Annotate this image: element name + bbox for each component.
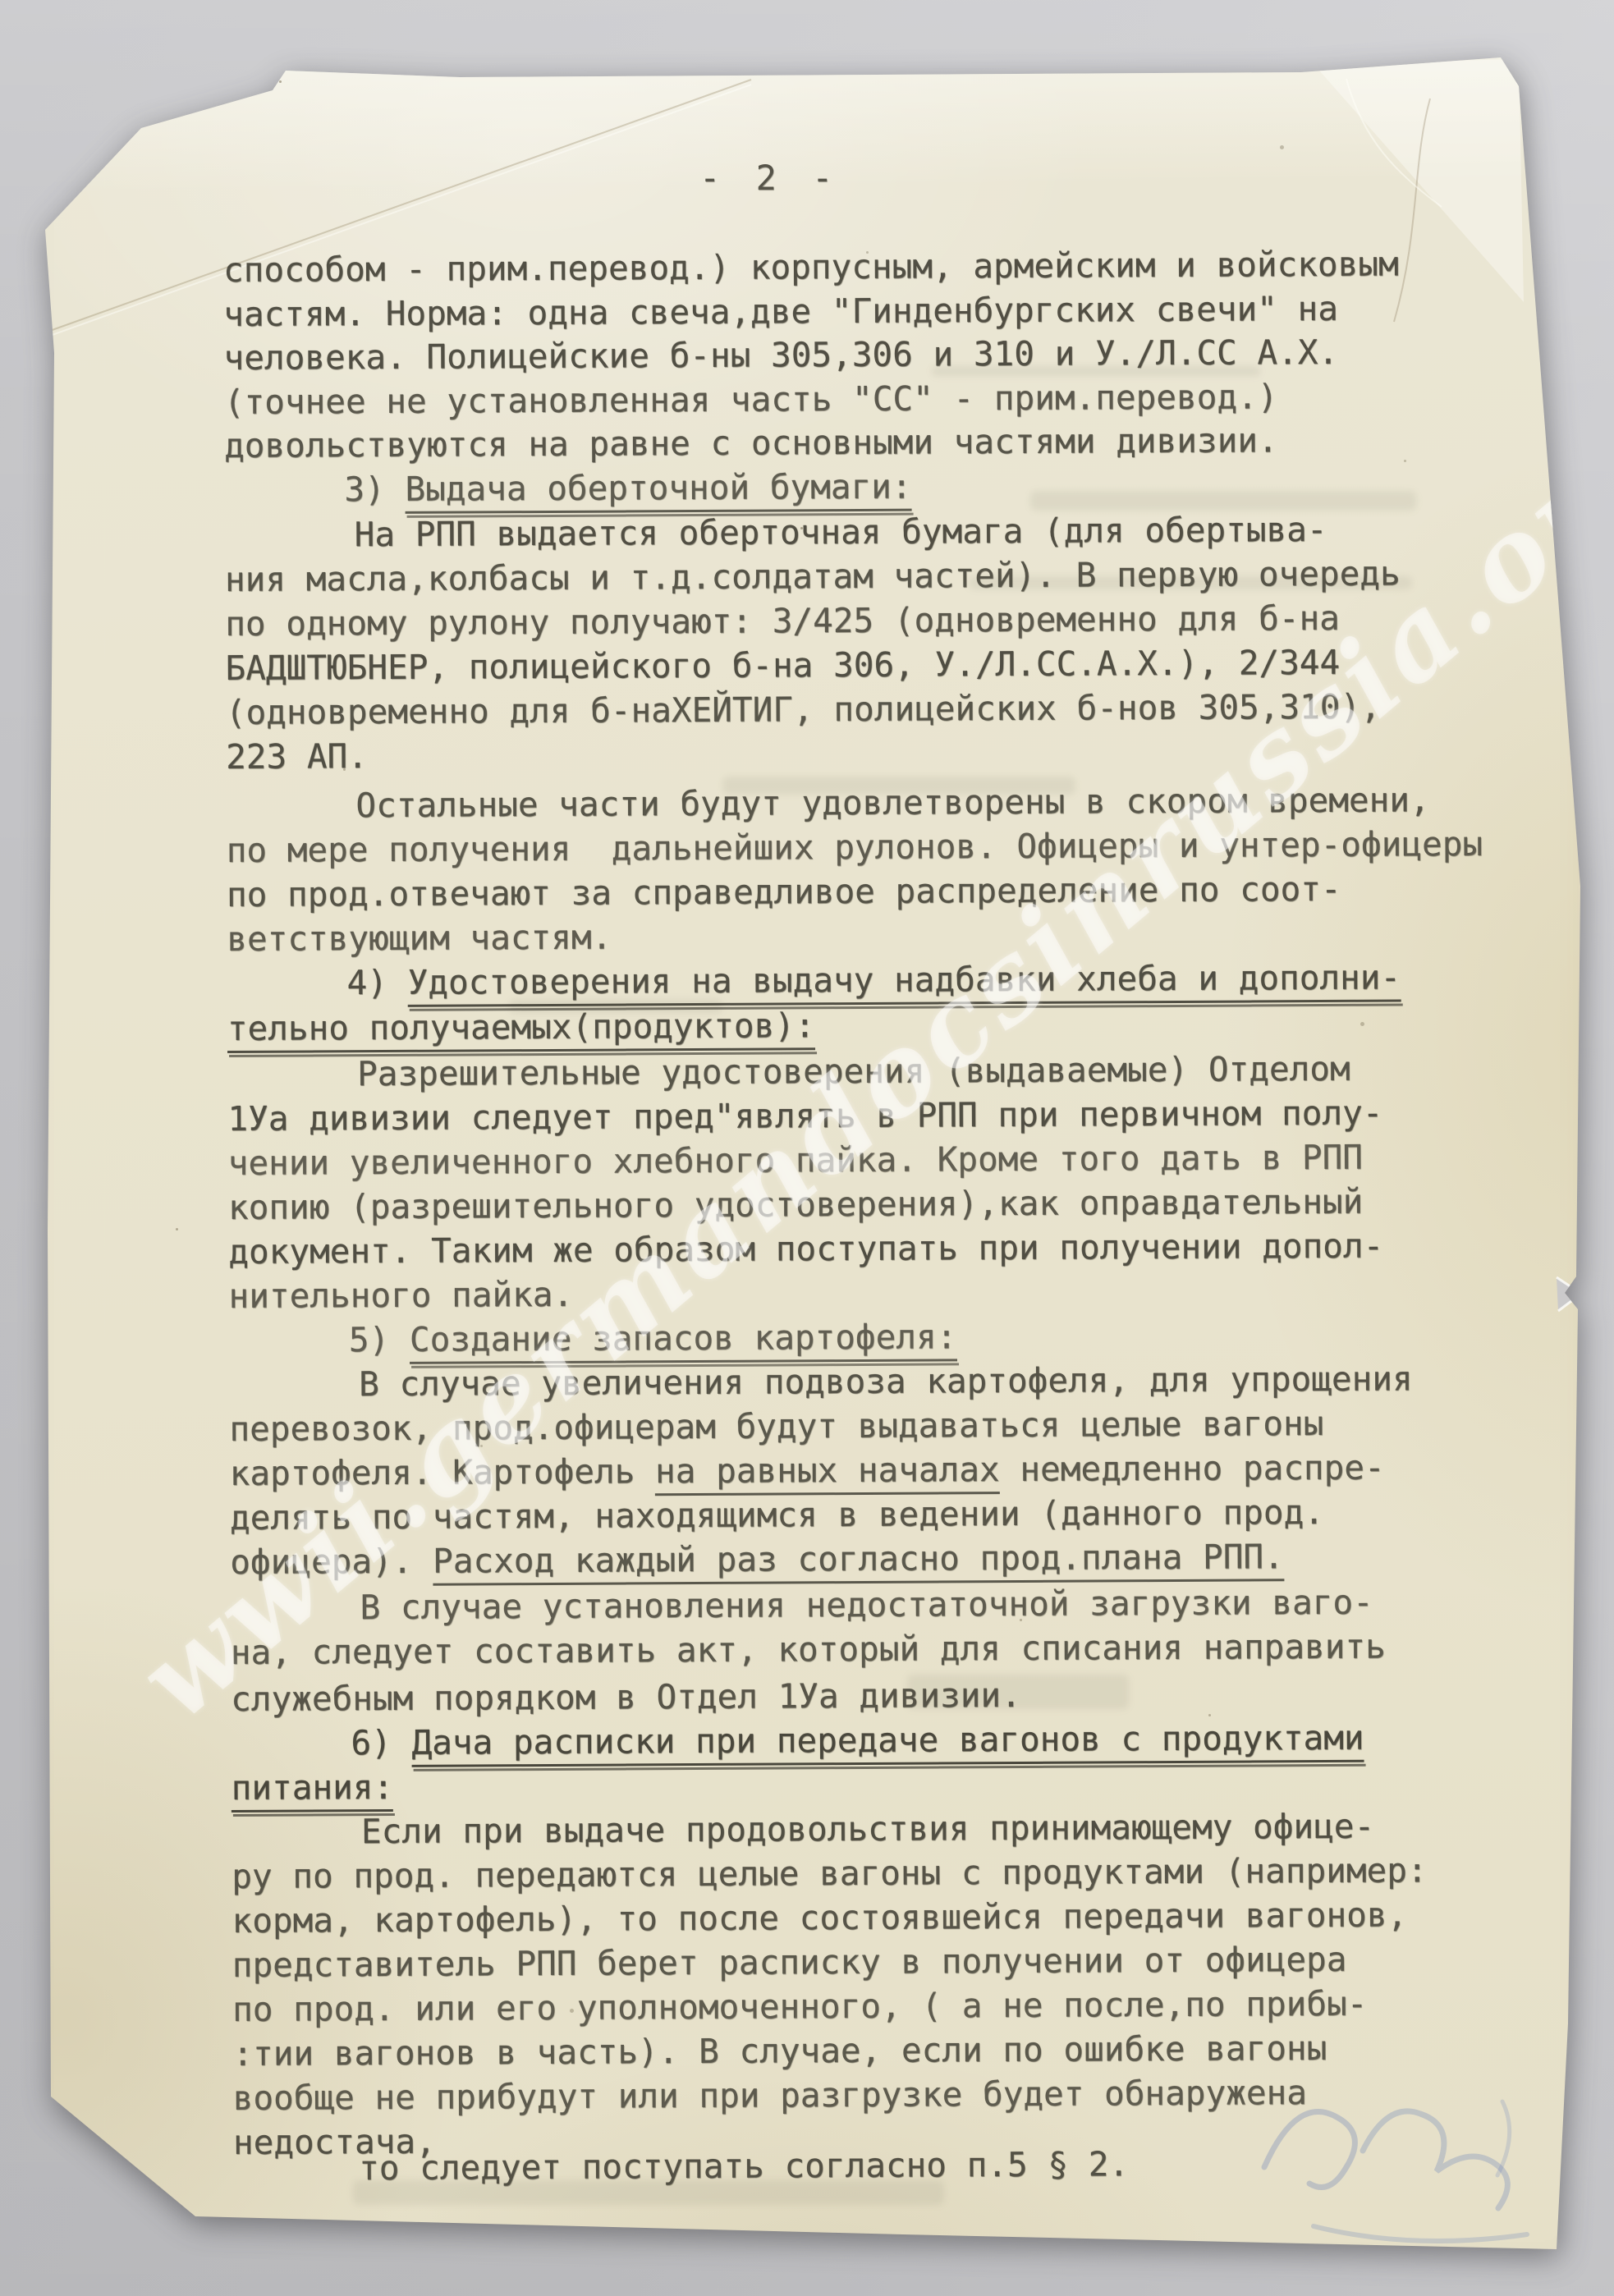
text-segment: 4) — [346, 963, 407, 1002]
underlined-text: питания: — [232, 1767, 394, 1813]
text-segment: 6) — [351, 1723, 411, 1762]
text-line: 223 АП. — [226, 740, 368, 774]
text-segment: человека. Полицейские б-ны 305,306 и 310… — [223, 332, 1338, 378]
text-segment: довольствуются на равне с основными част… — [224, 420, 1278, 465]
scanned-document-page: { "page": { "number_label": "- 2 -" }, "… — [0, 0, 1614, 2296]
text-segment: по одному рулону получают: 3/425 (одновр… — [225, 598, 1340, 644]
text-segment: Если при выдаче продовольствия принимающ… — [361, 1807, 1374, 1851]
text-line: тельно получаемых(продуктов): — [227, 1009, 815, 1046]
text-segment: БАДШТЮБНЕР, полицейского б-на 306, У./Л.… — [225, 643, 1340, 688]
underlined-text: Выдача оберточной бумаги: — [405, 467, 911, 514]
text-segment: то следует поступать согласно п.5 § 2. — [359, 2144, 1129, 2188]
text-line: ветствующим частям. — [227, 921, 612, 956]
text-segment: В случае установления недостаточной загр… — [360, 1583, 1373, 1627]
text-segment: 3) — [344, 470, 405, 509]
text-line: по мере получения дальнейших рулонов. Оф… — [227, 827, 1483, 868]
text-line: БАДШТЮБНЕР, полицейского б-на 306, У./Л.… — [225, 646, 1340, 685]
text-segment: ния масла,колбасы и т.д.солдатам частей)… — [225, 554, 1401, 599]
underlined-text: Расход каждый раз согласно прод.плана РП… — [433, 1537, 1284, 1585]
text-segment: (одновременно для б-наХЕЙТИГ, полицейски… — [226, 687, 1381, 732]
underlined-text: тельно получаемых(продуктов): — [227, 1006, 815, 1053]
text-line: по прод. или его уполномоченного, ( а не… — [232, 1987, 1368, 2027]
text-line: вообще не прибудут или при разгрузке буд… — [233, 2076, 1307, 2115]
text-line: способом - прим.перевод.) корпусным, арм… — [223, 248, 1399, 287]
text-segment: по мере получения дальнейших рулонов. Оф… — [227, 824, 1483, 870]
document-paper: - 2 - способом - прим.перевод.) корпусны… — [0, 0, 1614, 2296]
text-segment: (точнее не установленная часть "СС" - пр… — [224, 377, 1278, 422]
text-line: довольствуются на равне с основными част… — [224, 424, 1278, 463]
text-segment: вообще не прибудут или при разгрузке буд… — [233, 2073, 1307, 2118]
text-segment: по прод. или его уполномоченного, ( а не… — [232, 1984, 1368, 2029]
text-segment: :тии вагонов в часть). В случае, если по… — [232, 2028, 1327, 2074]
text-segment: способом - прим.перевод.) корпусным, арм… — [223, 245, 1399, 290]
text-segment: ру по прод. передаются целые вагоны с пр… — [232, 1850, 1428, 1896]
text-segment: ветствующим частям. — [227, 918, 612, 959]
text-line: Если при выдаче продовольствия принимающ… — [361, 1810, 1374, 1849]
paper-specks — [0, 0, 2, 2]
text-line: то следует поступать согласно п.5 § 2. — [359, 2147, 1129, 2185]
text-line: ру по прод. передаются целые вагоны с пр… — [232, 1854, 1428, 1894]
text-line: питания: — [232, 1771, 394, 1805]
text-segment: представитель РПП берет расписку в получ… — [232, 1940, 1347, 1985]
text-line: по одному рулону получают: 3/425 (одновр… — [225, 602, 1340, 641]
text-line: человека. Полицейские б-ны 305,306 и 310… — [224, 336, 1339, 375]
text-segment: 223 АП. — [226, 736, 368, 777]
text-segment: 5) — [349, 1320, 410, 1359]
text-line: частям. Норма: одна свеча,две "Гинденбур… — [223, 292, 1338, 332]
text-segment: немедленно распре- — [1000, 1448, 1385, 1489]
text-segment: На РПП выдается оберточная бумага (для о… — [355, 510, 1327, 554]
text-line: представитель РПП берет расписку в получ… — [232, 1943, 1347, 1982]
scanner-background: - 2 - способом - прим.перевод.) корпусны… — [0, 0, 1614, 2296]
text-segment: служебным порядком в Отдел 1Уа дивизии. — [231, 1675, 1021, 1719]
text-line: 6) Дача расписки при передаче вагонов с … — [351, 1721, 1364, 1760]
text-line: 4) Удостоверения на выдачу надбавки хлеб… — [346, 961, 1401, 1001]
paper-shadow-wrap: - 2 - способом - прим.перевод.) корпусны… — [0, 0, 1614, 2296]
text-line: документ. Таким же образом поступать при… — [228, 1230, 1383, 1269]
text-segment: на, следует составить акт, который для с… — [231, 1627, 1386, 1672]
text-line: ния масла,колбасы и т.д.солдатам частей)… — [225, 557, 1401, 597]
underlined-text: на равных началах — [655, 1450, 1000, 1496]
text-line: :тии вагонов в часть). В случае, если по… — [232, 2032, 1327, 2071]
text-segment: частям. Норма: одна свеча,две "Гинденбур… — [223, 289, 1338, 334]
underlined-text: Дача расписки при передаче вагонов с про… — [411, 1718, 1364, 1767]
text-line: (одновременно для б-наХЕЙТИГ, полицейски… — [226, 690, 1381, 730]
text-segment: корма, картофель), то после состоявшейся… — [232, 1895, 1407, 1941]
text-line: На РПП выдается оберточная бумага (для о… — [355, 513, 1327, 552]
text-line: (точнее не установленная часть "СС" - пр… — [224, 380, 1278, 419]
text-line: на, следует составить акт, который для с… — [231, 1630, 1386, 1670]
text-line: 3) Выдача оберточной бумаги: — [344, 470, 911, 507]
text-line: корма, картофель), то после состоявшейся… — [232, 1899, 1407, 1938]
text-line: служебным порядком в Отдел 1Уа дивизии. — [231, 1679, 1021, 1716]
text-line: В случае установления недостаточной загр… — [360, 1586, 1373, 1625]
